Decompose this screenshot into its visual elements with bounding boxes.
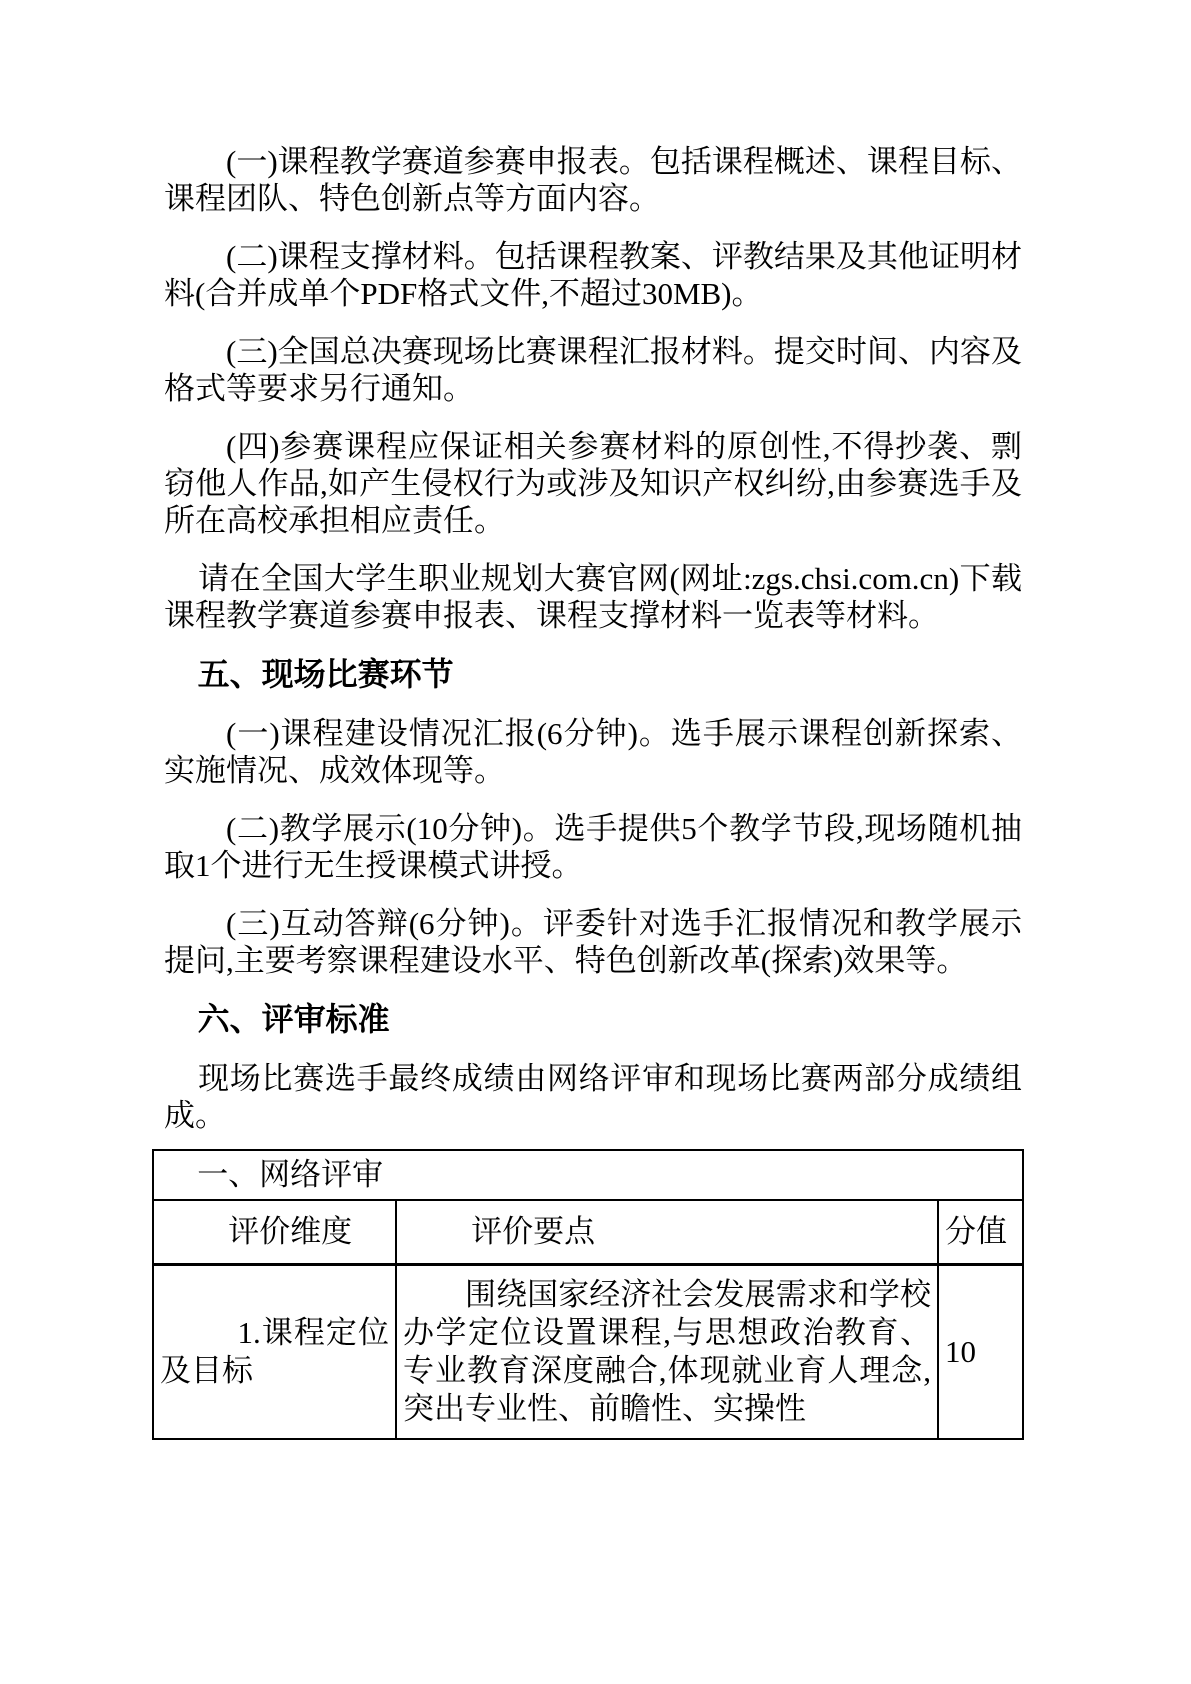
cell-points: 围绕国家经济社会发展需求和学校办学定位设置课程,与思想政治教育、专业教育深度融合… xyxy=(396,1265,938,1440)
paragraph-materials-2: (二)课程支撑材料。包括课程教案、评教结果及其他证明材料(合并成单个PDF格式文… xyxy=(164,238,1022,312)
table-header-row: 评价维度 评价要点 分值 xyxy=(153,1200,1023,1265)
paragraph-materials-4: (四)参赛课程应保证相关参赛材料的原创性,不得抄袭、剽窃他人作品,如产生侵权行为… xyxy=(164,428,1022,539)
section-heading-5: 五、现场比赛环节 xyxy=(164,655,1022,694)
paragraph-onsite-1: (一)课程建设情况汇报(6分钟)。选手展示课程创新探索、实施情况、成效体现等。 xyxy=(164,715,1022,789)
paragraph-materials-3: (三)全国总决赛现场比赛课程汇报材料。提交时间、内容及格式等要求另行通知。 xyxy=(164,333,1022,407)
cell-score: 10 xyxy=(938,1265,1023,1440)
column-header-dimension: 评价维度 xyxy=(153,1200,396,1265)
paragraph-materials-1: (一)课程教学赛道参赛申报表。包括课程概述、课程目标、课程团队、特色创新点等方面… xyxy=(164,143,1022,217)
column-header-points: 评价要点 xyxy=(396,1200,938,1265)
document-page: (一)课程教学赛道参赛申报表。包括课程概述、课程目标、课程团队、特色创新点等方面… xyxy=(0,0,1191,1684)
paragraph-download-note: 请在全国大学生职业规划大赛官网(网址:zgs.chsi.com.cn)下载课程教… xyxy=(164,560,1022,634)
column-header-score: 分值 xyxy=(938,1200,1023,1265)
document-content: (一)课程教学赛道参赛申报表。包括课程概述、课程目标、课程团队、特色创新点等方面… xyxy=(164,143,1022,1440)
cell-dimension: 1.课程定位及目标 xyxy=(153,1265,396,1440)
evaluation-criteria-table: 一、网络评审 评价维度 评价要点 分值 1.课程定位及目标 围绕国家经济社会发展… xyxy=(152,1149,1024,1440)
section-heading-6: 六、评审标准 xyxy=(164,1000,1022,1039)
paragraph-onsite-3: (三)互动答辩(6分钟)。评委针对选手汇报情况和教学展示提问,主要考察课程建设水… xyxy=(164,905,1022,979)
paragraph-score-composition: 现场比赛选手最终成绩由网络评审和现场比赛两部分成绩组成。 xyxy=(164,1060,1022,1134)
table-row: 1.课程定位及目标 围绕国家经济社会发展需求和学校办学定位设置课程,与思想政治教… xyxy=(153,1265,1023,1440)
table-section-row: 一、网络评审 xyxy=(153,1150,1023,1200)
table-section-header: 一、网络评审 xyxy=(153,1150,1023,1200)
paragraph-onsite-2: (二)教学展示(10分钟)。选手提供5个教学节段,现场随机抽取1个进行无生授课模… xyxy=(164,810,1022,884)
